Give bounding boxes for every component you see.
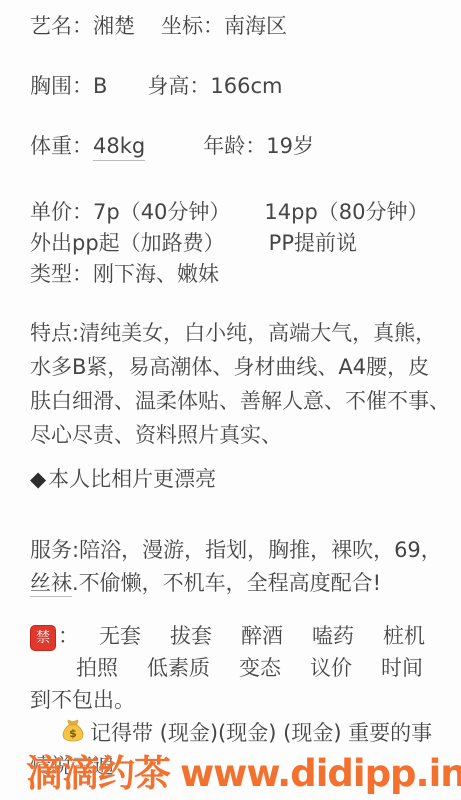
forbidden-item: 时间 xyxy=(381,652,423,684)
price-short: 7p（40分钟） xyxy=(93,197,230,228)
services-underlined-term: 丝袜 xyxy=(30,571,72,597)
forbidden-item: 低素质 xyxy=(147,652,210,684)
outcall-note: PP提前说 xyxy=(269,228,357,259)
price-label: 单价： xyxy=(30,197,93,228)
price-long: 14pp（80分钟） xyxy=(264,197,428,228)
pricing-row-type: 类型：刚下海、嫩妹 xyxy=(30,259,441,290)
height-label: 身高： xyxy=(147,73,210,99)
age-label: 年龄： xyxy=(203,133,266,159)
forbidden-section: 禁 ： 无套 拔套 醉酒 嗑药 桩机 拍照 低素质 变态 议价 时间 到不包出。 xyxy=(30,620,441,716)
services-line-2-rest: .不偷懒，不机车，全程高度配合! xyxy=(72,571,381,595)
weight-value: 48kg xyxy=(93,133,145,161)
services-line-1: 服务:陪浴，漫游，指划，胸推，裸吹，69， xyxy=(30,534,441,567)
forbidden-tail: 到不包出。 xyxy=(30,684,441,716)
stage-name-label: 艺名： xyxy=(30,13,93,39)
features-line-2: 水多B紧，易高潮体、身材曲线、A4腰，皮 xyxy=(30,350,441,384)
highlight-text: 本人比相片更漂亮 xyxy=(48,466,216,492)
services-paragraph: 服务:陪浴，漫游，指划，胸推，裸吹，69， 丝袜.不偷懒，不机车，全程高度配合! xyxy=(30,534,441,600)
highlight-line: ◆本人比相片更漂亮 xyxy=(30,466,441,492)
features-line-4: 尽心尽责、资料照片真实、 xyxy=(30,418,441,452)
diamond-bullet-icon: ◆ xyxy=(30,466,46,492)
watermark: 滴滴约茶www.didipp.info xyxy=(26,743,461,797)
forbidden-item: 拔套 xyxy=(170,620,212,652)
profile-row-name-location: 艺名：湘楚 坐标：南海区 xyxy=(30,13,441,39)
profile-row-weight-age: 体重：48kg 年龄：19岁 xyxy=(30,133,441,161)
watermark-brand: 滴滴约茶 xyxy=(26,752,170,795)
forbidden-tail-text: 到不包出。 xyxy=(30,684,135,716)
forbidden-item: 拍照 xyxy=(76,652,118,684)
bust-value: B xyxy=(93,73,107,99)
services-line-2: 丝袜.不偷懒，不机车，全程高度配合! xyxy=(30,567,441,600)
forbidden-item: 嗑药 xyxy=(312,620,354,652)
location-label: 坐标： xyxy=(161,13,224,39)
forbidden-item: 变态 xyxy=(239,652,281,684)
watermark-url: www.didipp.info xyxy=(180,752,461,795)
features-paragraph: 特点:清纯美女，白小纯，高端大气，真熊， 水多B紧，易高潮体、身材曲线、A4腰，… xyxy=(30,316,441,452)
pricing-row-outcall: 外出pp起（加路费） PP提前说 xyxy=(30,228,441,259)
forbidden-row-1: 禁 ： 无套 拔套 醉酒 嗑药 桩机 xyxy=(30,620,441,652)
weight-label: 体重： xyxy=(30,133,93,159)
svg-text:$: $ xyxy=(69,727,77,740)
features-line-1: 特点:清纯美女，白小纯，高端大气，真熊， xyxy=(30,316,441,350)
bust-label: 胸围： xyxy=(30,73,93,99)
prohibited-icon: 禁 xyxy=(30,625,56,651)
stage-name-value: 湘楚 xyxy=(93,13,135,39)
ad-page: 艺名：湘楚 坐标：南海区 胸围：B 身高：166cm 体重：48kg 年龄：19… xyxy=(0,0,461,783)
forbidden-row-2: 拍照 低素质 变态 议价 时间 xyxy=(30,652,441,684)
pricing-row-price: 单价：7p（40分钟） 14pp（80分钟） xyxy=(30,197,441,228)
type-label: 类型： xyxy=(30,259,93,290)
forbidden-item: 醉酒 xyxy=(241,620,283,652)
age-value: 19岁 xyxy=(266,133,314,159)
forbidden-item: 议价 xyxy=(310,652,352,684)
location-value: 南海区 xyxy=(224,13,287,39)
outcall-text: 外出pp起（加路费） xyxy=(30,228,225,259)
profile-row-bust-height: 胸围：B 身高：166cm xyxy=(30,73,441,99)
type-value: 刚下海、嫩妹 xyxy=(93,259,219,290)
height-value: 166cm xyxy=(210,73,282,99)
pricing-block: 单价：7p（40分钟） 14pp（80分钟） 外出pp起（加路费） PP提前说 … xyxy=(30,197,441,290)
forbidden-colon: ： xyxy=(58,620,79,652)
forbidden-item: 无套 xyxy=(99,620,141,652)
forbidden-item: 桩机 xyxy=(383,620,425,652)
features-line-3: 肤白细滑、温柔体贴、善解人意、不催不事、 xyxy=(30,384,441,418)
